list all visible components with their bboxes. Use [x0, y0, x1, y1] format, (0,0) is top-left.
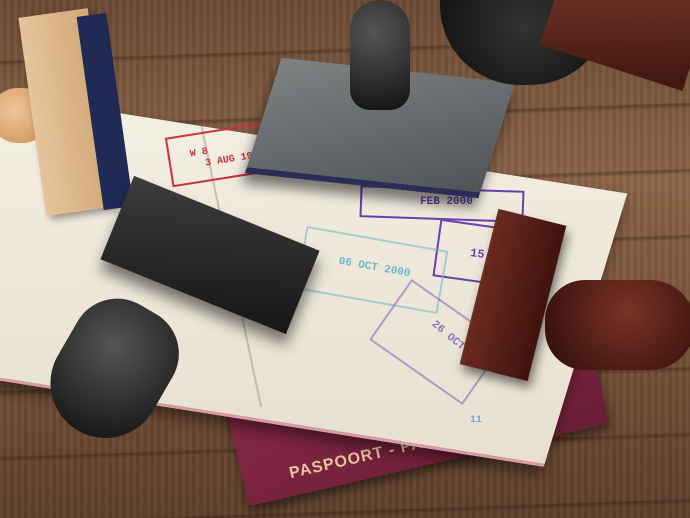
page-number: 11	[470, 415, 482, 426]
purple-stamp-top-date: FEB 2000	[420, 196, 473, 208]
gray-stamp-handle	[350, 0, 410, 110]
brown-stamp-handle	[545, 280, 690, 370]
photo-scene: PASPOORT - PA SS W 8 3 AUG 1997 FEB 2000…	[0, 0, 690, 518]
